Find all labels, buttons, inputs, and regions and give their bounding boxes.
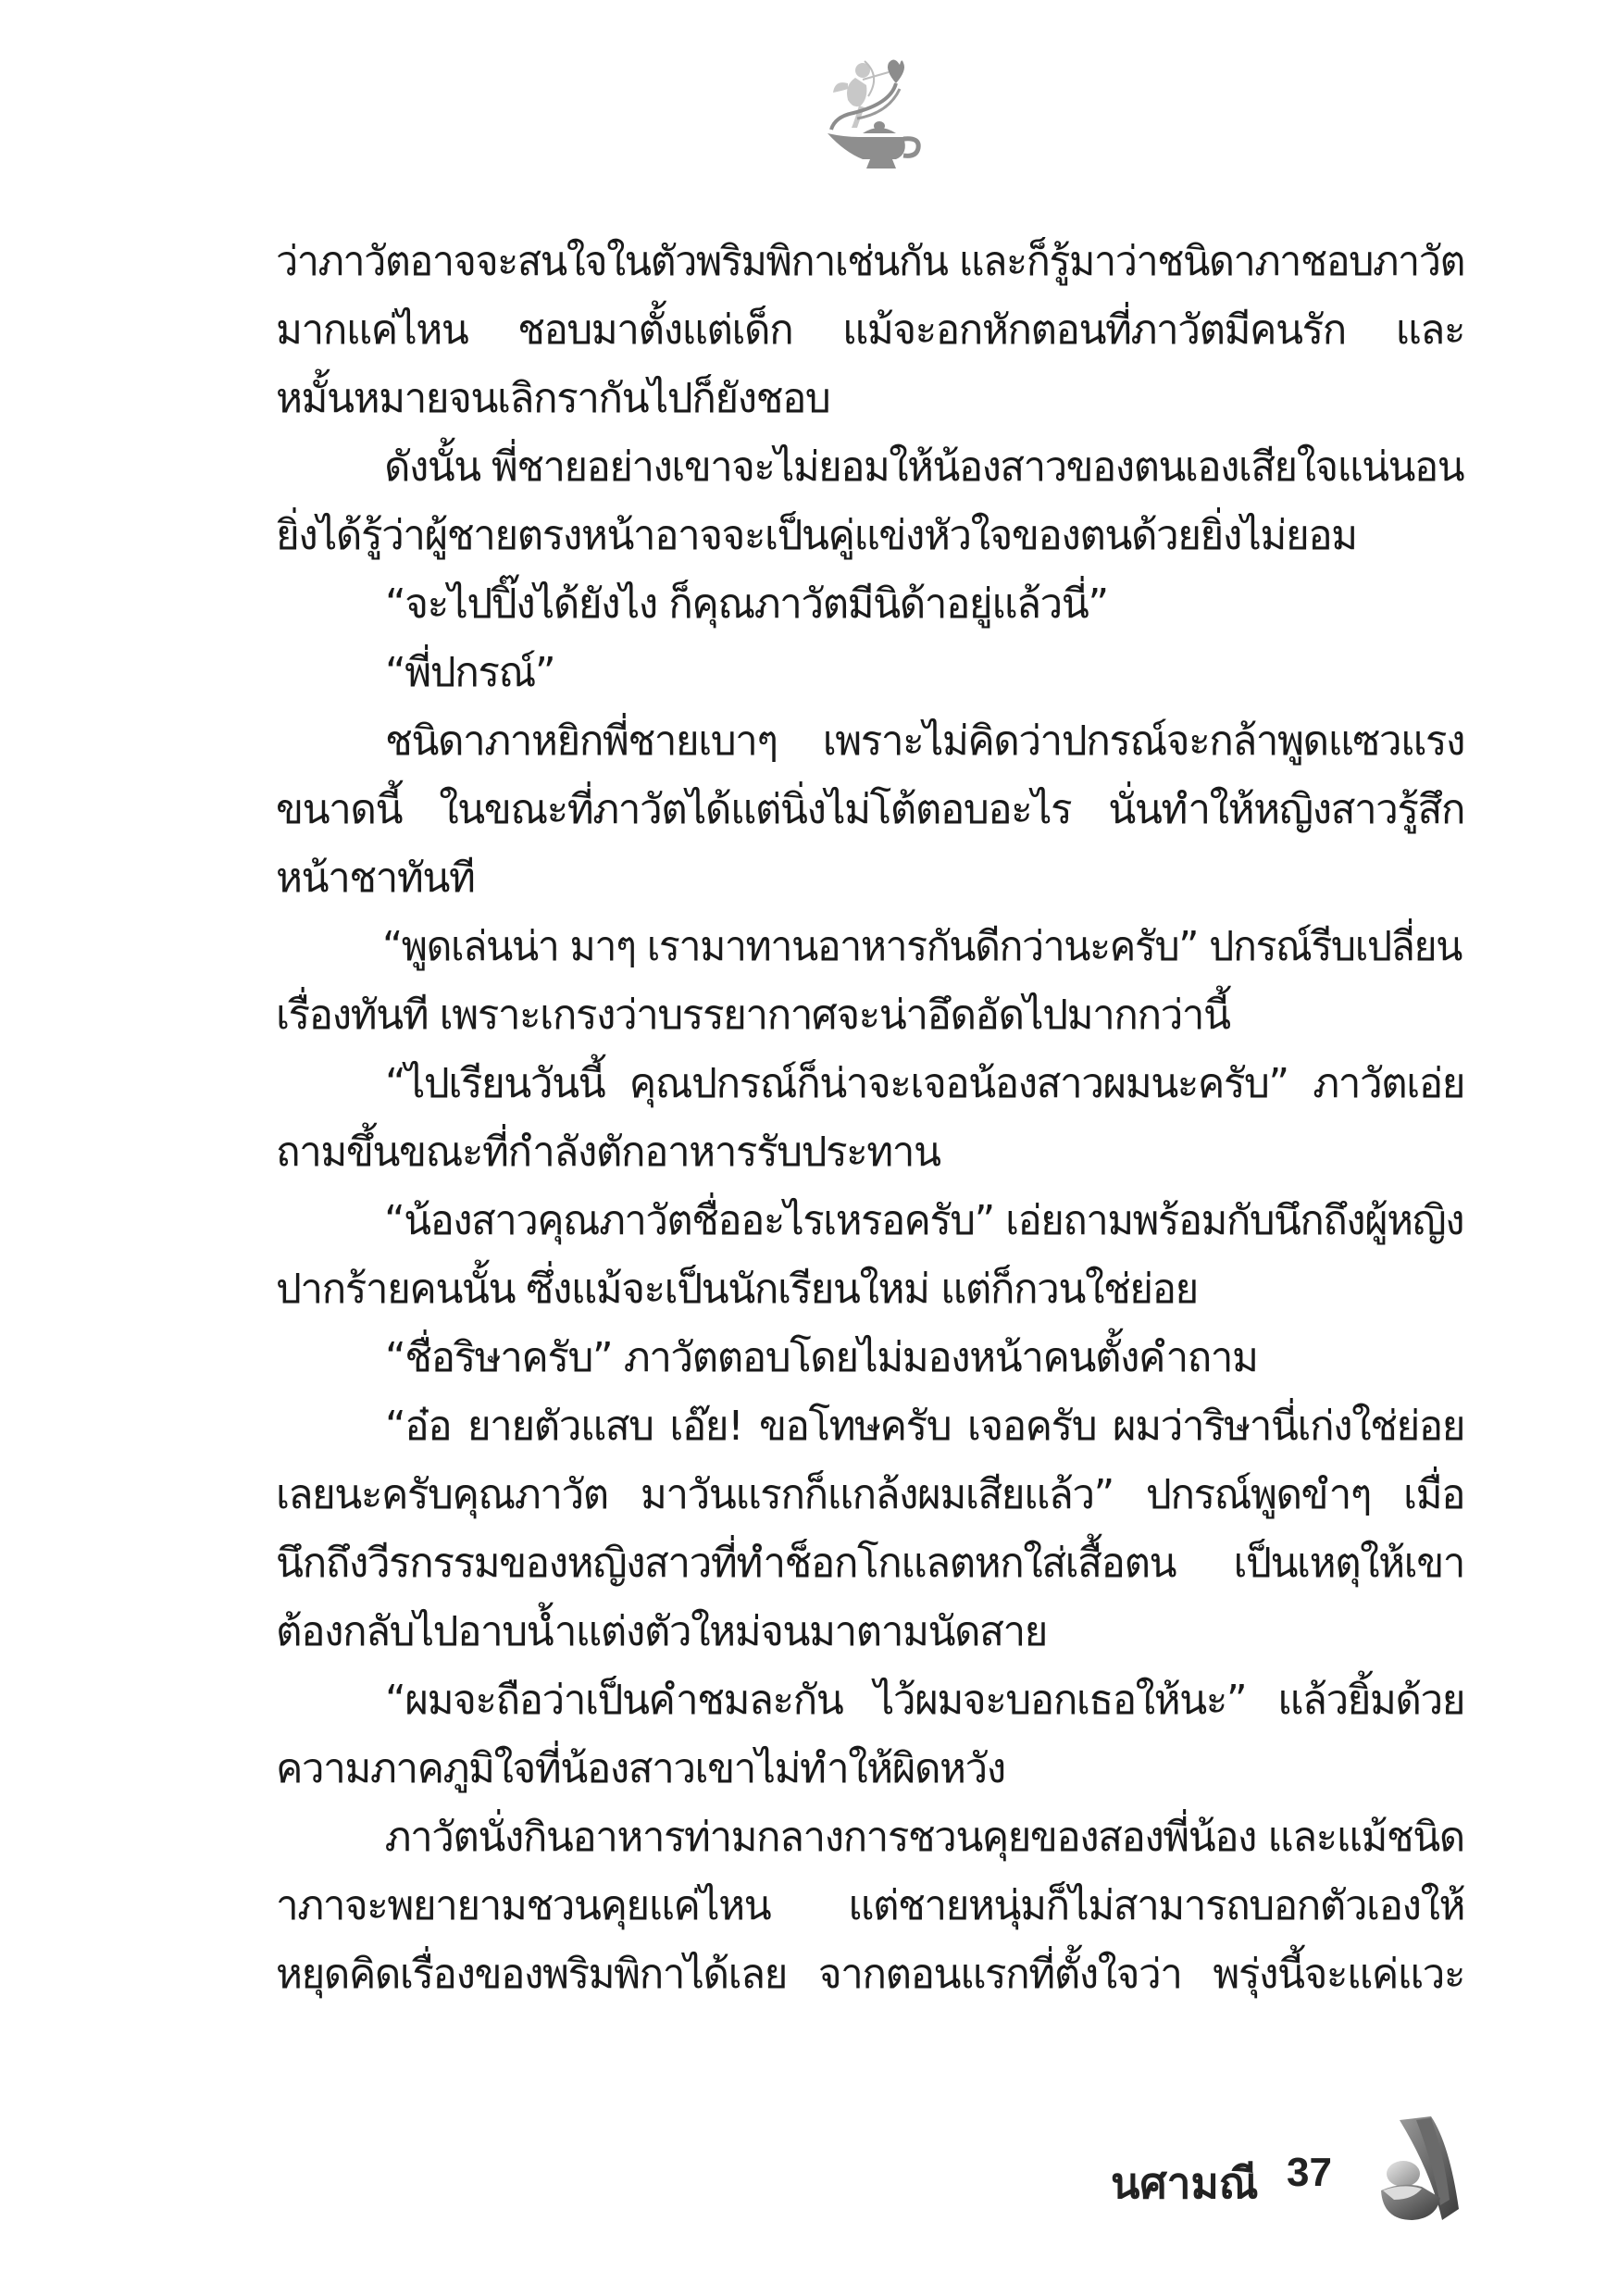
text-line: ว่าภาวัตอาจจะสนใจในตัวพริมพิกาเช่นกัน แล… <box>276 228 1464 296</box>
text-line: “จะไปปิ๊งได้ยังไง ก็คุณภาวัตมีนิด้าอยู่แ… <box>276 570 1464 639</box>
text-line: เรื่องทันที เพราะเกรงว่าบรรยากาศจะน่าอึด… <box>276 981 1464 1050</box>
text-line: “พี่ปกรณ์” <box>276 639 1464 707</box>
genie-lamp-cupid-icon <box>807 52 927 172</box>
page-number: 37 <box>1287 2150 1332 2196</box>
text-line: ความภาคภูมิใจที่น้องสาวเขาไม่ทำให้ผิดหวั… <box>276 1735 1464 1803</box>
text-line: หยุดคิดเรื่องของพริมพิกาได้เลย จากตอนแรก… <box>276 1940 1464 2009</box>
text-line: “น้องสาวคุณภาวัตชื่ออะไรเหรอครับ” เอ่ยถา… <box>276 1187 1573 1255</box>
text-line: ยิ่งได้รู้ว่าผู้ชายตรงหน้าอาจจะเป็นคู่แข… <box>276 502 1464 570</box>
text-line: “ชื่อริษาครับ” ภาวัตตอบโดยไม่มองหน้าคนตั… <box>276 1324 1464 1392</box>
text-line: ถามขึ้นขณะที่กำลังตักอาหารรับประทาน <box>276 1118 1464 1187</box>
text-line: หน้าชาทันที <box>276 844 1464 913</box>
text-line: ปากร้ายคนนั้น ซึ่งแม้จะเป็นนักเรียนใหม่ … <box>276 1255 1464 1324</box>
text-line: ต้องกลับไปอาบน้ำแต่งตัวใหม่จนมาตามนัดสาย <box>276 1598 1464 1666</box>
chapter-body-text: ว่าภาวัตอาจจะสนใจในตัวพริมพิกาเช่นกัน แล… <box>276 228 1464 2009</box>
text-line: “พูดเล่นน่า มาๆ เรามาทานอาหารกันดีกว่านะ… <box>276 913 1571 981</box>
text-line: มากแค่ไหน ชอบมาตั้งแต่เด็ก แม้จะอกหักตอน… <box>276 296 1464 365</box>
text-line: นึกถึงวีรกรรมของหญิงสาวที่ทำช็อกโกแลตหกใ… <box>276 1529 1464 1598</box>
text-line: ภาวัตนั่งกินอาหารท่ามกลางการชวนคุยของสอง… <box>276 1803 1574 1872</box>
text-line: “ผมจะถือว่าเป็นคำชมละกัน ไว้ผมจะบอกเธอให… <box>276 1666 1464 1735</box>
text-line: าภาจะพยายามชวนคุยแค่ไหน แต่ชายหนุ่มก็ไม่… <box>276 1872 1464 1940</box>
text-line: ดังนั้น พี่ชายอย่างเขาจะไม่ยอมให้น้องสาว… <box>276 433 1573 502</box>
text-line: เลยนะครับคุณภาวัต มาวันแรกก็แกล้งผมเสียแ… <box>276 1461 1464 1529</box>
text-line: ขนาดนี้ ในขณะที่ภาวัตได้แต่นิ่งไม่โต้ตอบ… <box>276 776 1464 844</box>
gift-pouch-icon <box>1375 2116 1461 2224</box>
book-title: นศามณี <box>1111 2150 1258 2217</box>
text-line: ชนิดาภาหยิกพี่ชายเบาๆ เพราะไม่คิดว่าปกรณ… <box>276 707 1464 776</box>
text-line: หมั้นหมายจนเลิกรากันไปก็ยังชอบ <box>276 365 1464 433</box>
text-line: “ไปเรียนวันนี้ คุณปกรณ์ก็น่าจะเจอน้องสาว… <box>276 1050 1464 1118</box>
text-line: “อ๋อ ยายตัวแสบ เอ๊ย! ขอโทษครับ เจอครับ ผ… <box>276 1392 1464 1461</box>
